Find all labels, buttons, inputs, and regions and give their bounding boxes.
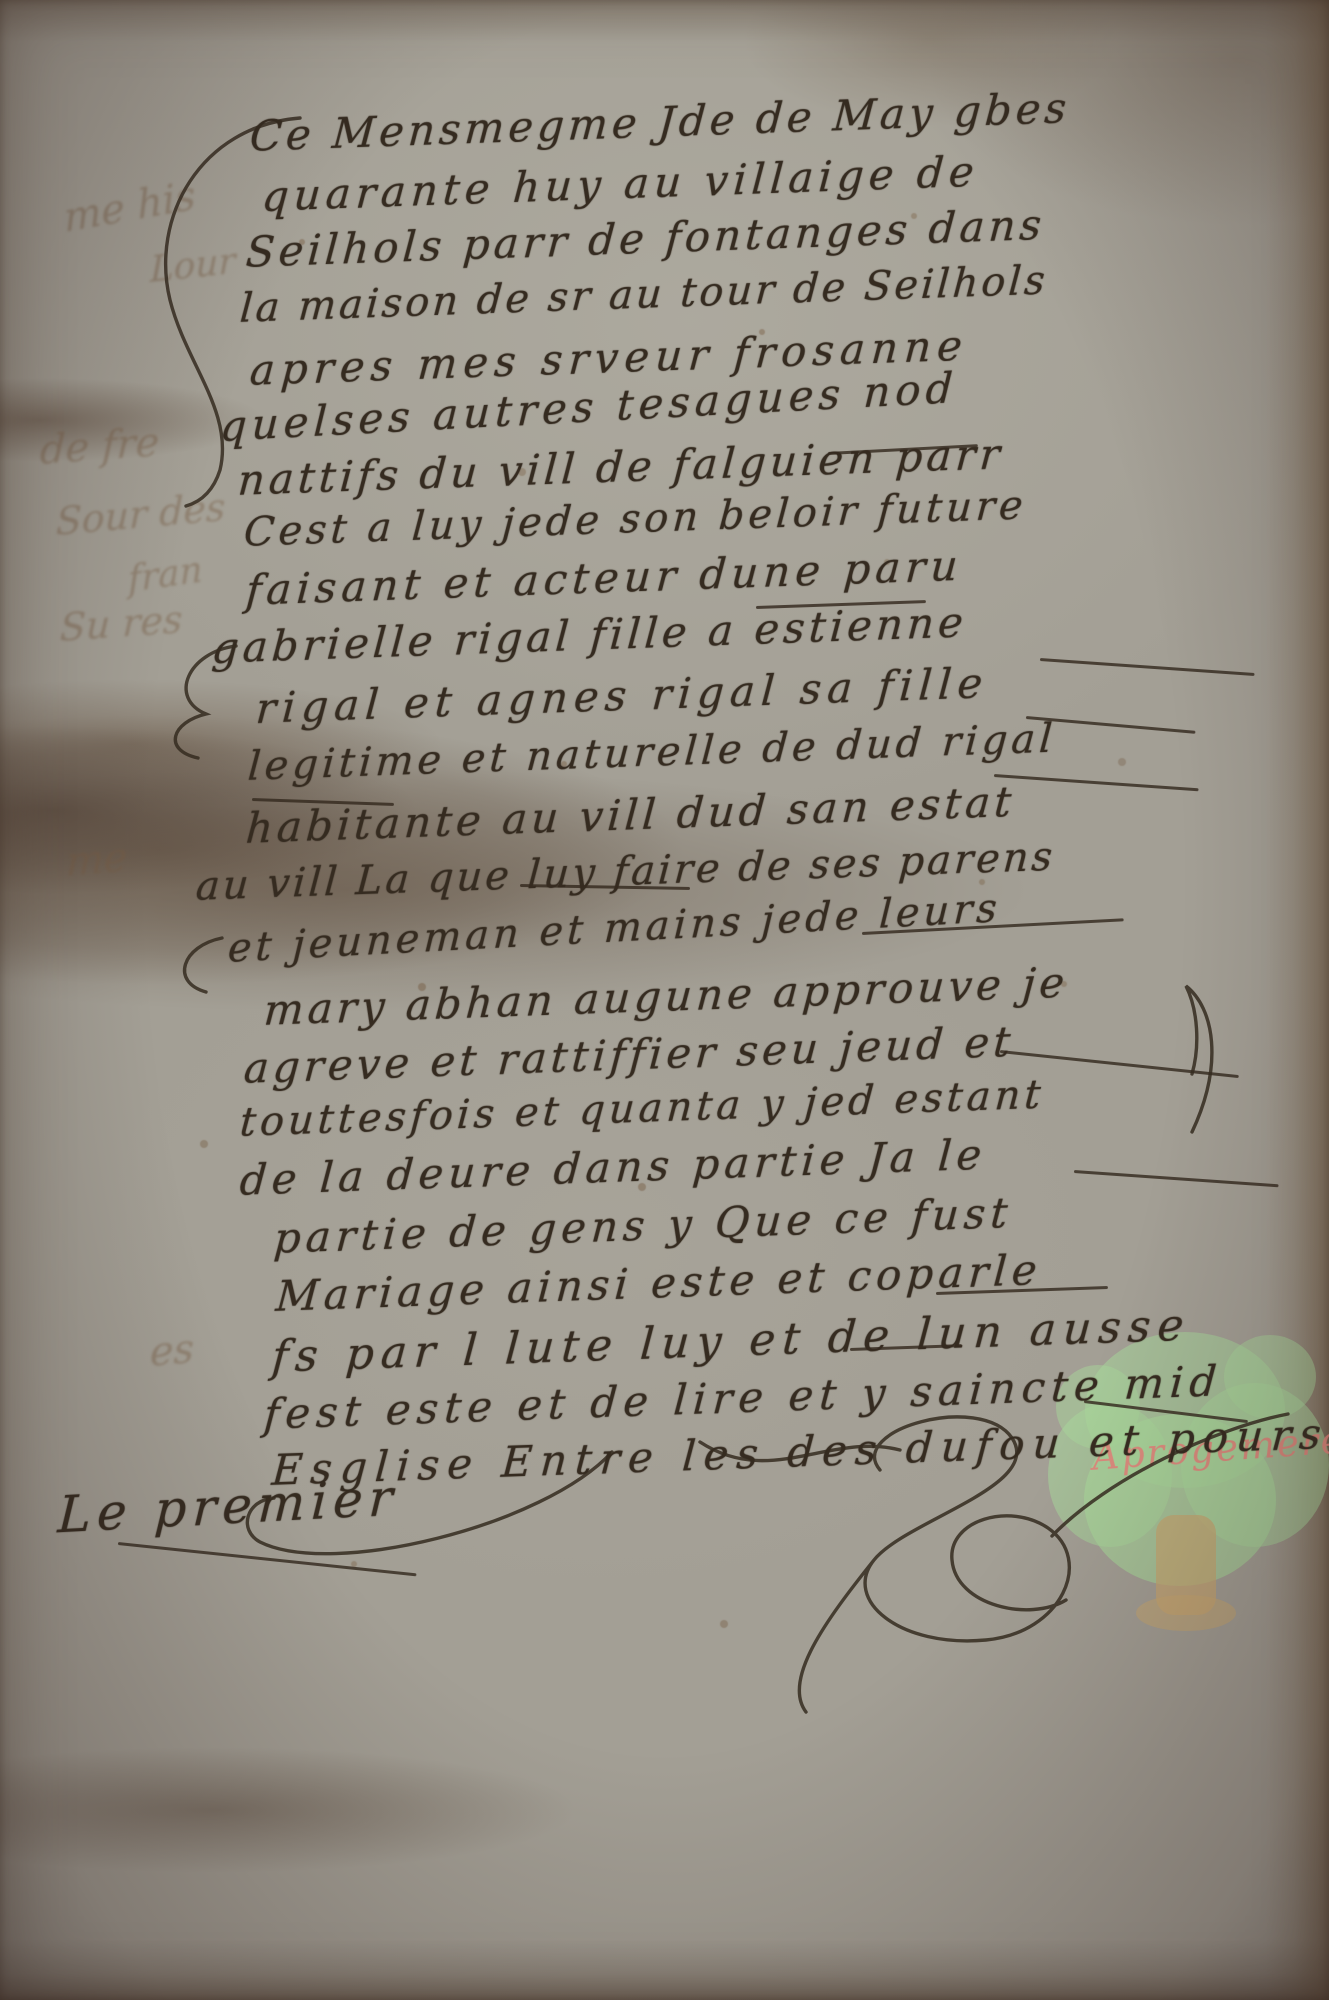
manuscript-photo: Aprogemere me hisLourde freSour desfranS… — [0, 0, 1329, 2000]
margin-note: Le premier — [56, 1468, 400, 1544]
ink-dash — [994, 774, 1199, 791]
ink-dash — [118, 1542, 417, 1576]
handwriting-layer: Ce Mensmegme Jde de May gbesquarante huy… — [0, 0, 1329, 2000]
ink-dash — [1074, 1170, 1279, 1187]
ink-dash — [1040, 658, 1255, 676]
